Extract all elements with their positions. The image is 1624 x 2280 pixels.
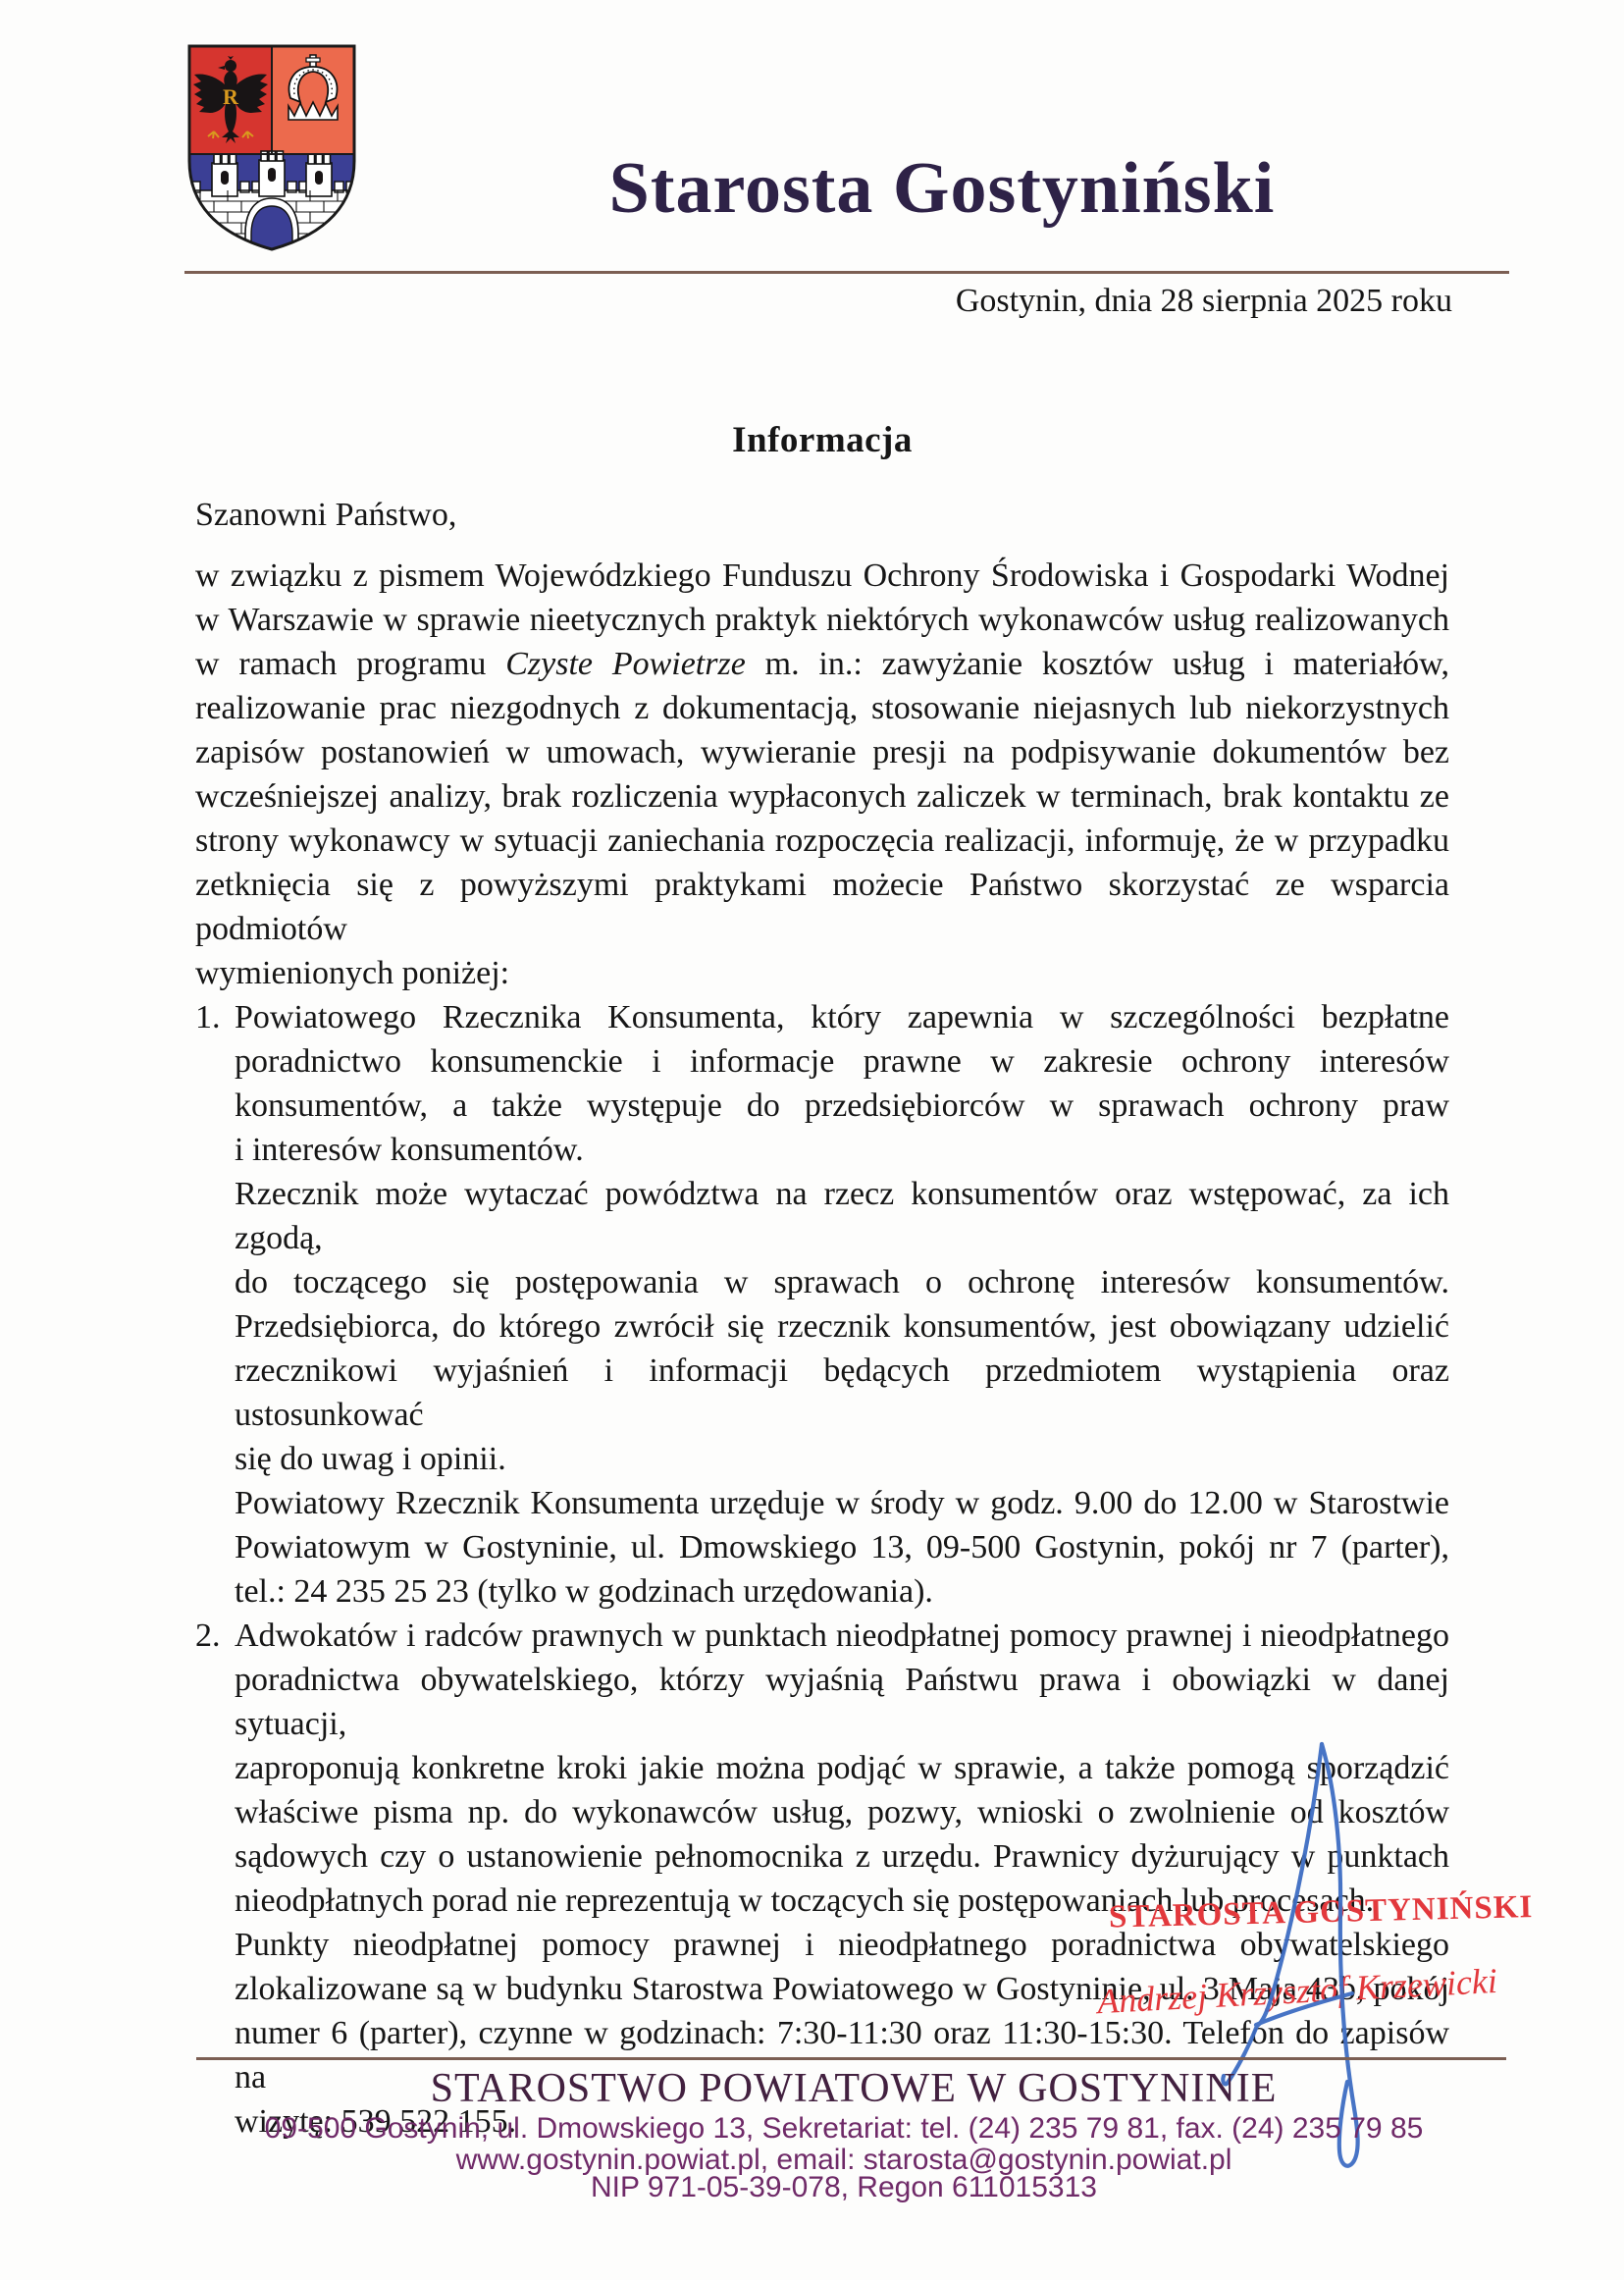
intro-line: wymienionych poniżej:: [195, 951, 1449, 995]
list-item-2: 2. Adwokatów i radców prawnych w punktac…: [195, 1614, 1449, 2144]
intro-line: wcześniejszej analizy, brak rozliczenia …: [195, 774, 1449, 819]
intro-line: w związku z pismem Wojewódzkiego Fundusz…: [195, 554, 1449, 598]
item-1-line: Powiatowego Rzecznika Konsumenta, który …: [235, 995, 1449, 1039]
item-1-line: poradnictwo konsumenckie i informacje pr…: [235, 1039, 1449, 1084]
item-2-line: Adwokatów i radców prawnych w punktach n…: [235, 1614, 1449, 1658]
item-1-line: rzecznikowi wyjaśnień i informacji będąc…: [235, 1349, 1449, 1437]
item-1-number: 1.: [195, 995, 233, 1039]
footer-rule: [196, 2057, 1506, 2060]
intro-line: realizowanie prac niezgodnych z dokument…: [195, 686, 1449, 730]
header-rule: [184, 271, 1509, 274]
document-title: Informacja: [195, 416, 1449, 465]
item-2-line: właściwe pisma np. do wykonawców usług, …: [235, 1790, 1449, 1834]
gostynin-coat-of-arms: R: [184, 41, 359, 255]
intro-line: strony wykonawcy w sytuacji zaniechania …: [195, 819, 1449, 863]
item-2-number: 2.: [195, 1614, 233, 1658]
intro-line-text: m. in.: zawyżanie kosztów usług i materi…: [746, 646, 1449, 682]
item-1-line: i interesów konsumentów.: [235, 1128, 1449, 1172]
crest-letter-r: R: [223, 84, 239, 109]
intro-paragraph: w związku z pismem Wojewódzkiego Fundusz…: [195, 554, 1449, 995]
item-2-line: sądowych czy o ustanowienie pełnomocnika…: [235, 1834, 1449, 1879]
intro-line: zetknięcia się z powyższymi praktykami m…: [195, 863, 1449, 951]
item-1-line: konsumentów, a także występuje do przeds…: [235, 1084, 1449, 1128]
intro-line-text: w ramach programu: [195, 646, 505, 682]
footer-org-name: STAROSTWO POWIATOWE W GOSTYNINIE: [236, 2065, 1472, 2112]
item-1-line: się do uwag i opinii.: [235, 1437, 1449, 1481]
item-1-line: do toczącego się postępowania w sprawach…: [235, 1260, 1449, 1304]
castle-icon: [189, 151, 355, 255]
item-1-line: tel.: 24 235 25 23 (tylko w godzinach ur…: [235, 1569, 1449, 1614]
letter-body: Informacja Szanowni Państwo, w związku z…: [195, 416, 1449, 2144]
item-2-line: zaproponują konkretne kroki jakie można …: [235, 1746, 1449, 1790]
letterhead-title: Starosta Gostyniński: [530, 147, 1354, 231]
item-1-line: Rzecznik może wytaczać powództwa na rzec…: [235, 1172, 1449, 1260]
intro-line: w Warszawie w sprawie nieetycznych prakt…: [195, 598, 1449, 642]
program-name-italic: Czyste Powietrze: [505, 646, 746, 682]
salutation: Szanowni Państwo,: [195, 493, 1449, 537]
scanned-letter-page: R: [0, 0, 1624, 2280]
item-1-line: Powiatowym w Gostyninie, ul. Dmowskiego …: [235, 1525, 1449, 1569]
footer-nip-regon-line: NIP 971-05-39-078, Regon 611015313: [196, 2171, 1492, 2204]
footer-address-line: 09-500 Gostynin, ul. Dmowskiego 13, Sekr…: [196, 2112, 1492, 2146]
intro-line: zapisów postanowień w umowach, wywierani…: [195, 730, 1449, 774]
item-2-line: poradnictwa obywatelskiego, którzy wyjaś…: [235, 1658, 1449, 1746]
date-line: Gostynin, dnia 28 sierpnia 2025 roku: [864, 283, 1452, 320]
list-item-1: 1. Powiatowego Rzecznika Konsumenta, któ…: [195, 995, 1449, 1614]
intro-line: w ramach programu Czyste Powietrze m. in…: [195, 642, 1449, 686]
item-1-line: Przedsiębiorca, do którego zwrócił się r…: [235, 1304, 1449, 1349]
item-1-line: Powiatowy Rzecznik Konsumenta urzęduje w…: [235, 1481, 1449, 1525]
